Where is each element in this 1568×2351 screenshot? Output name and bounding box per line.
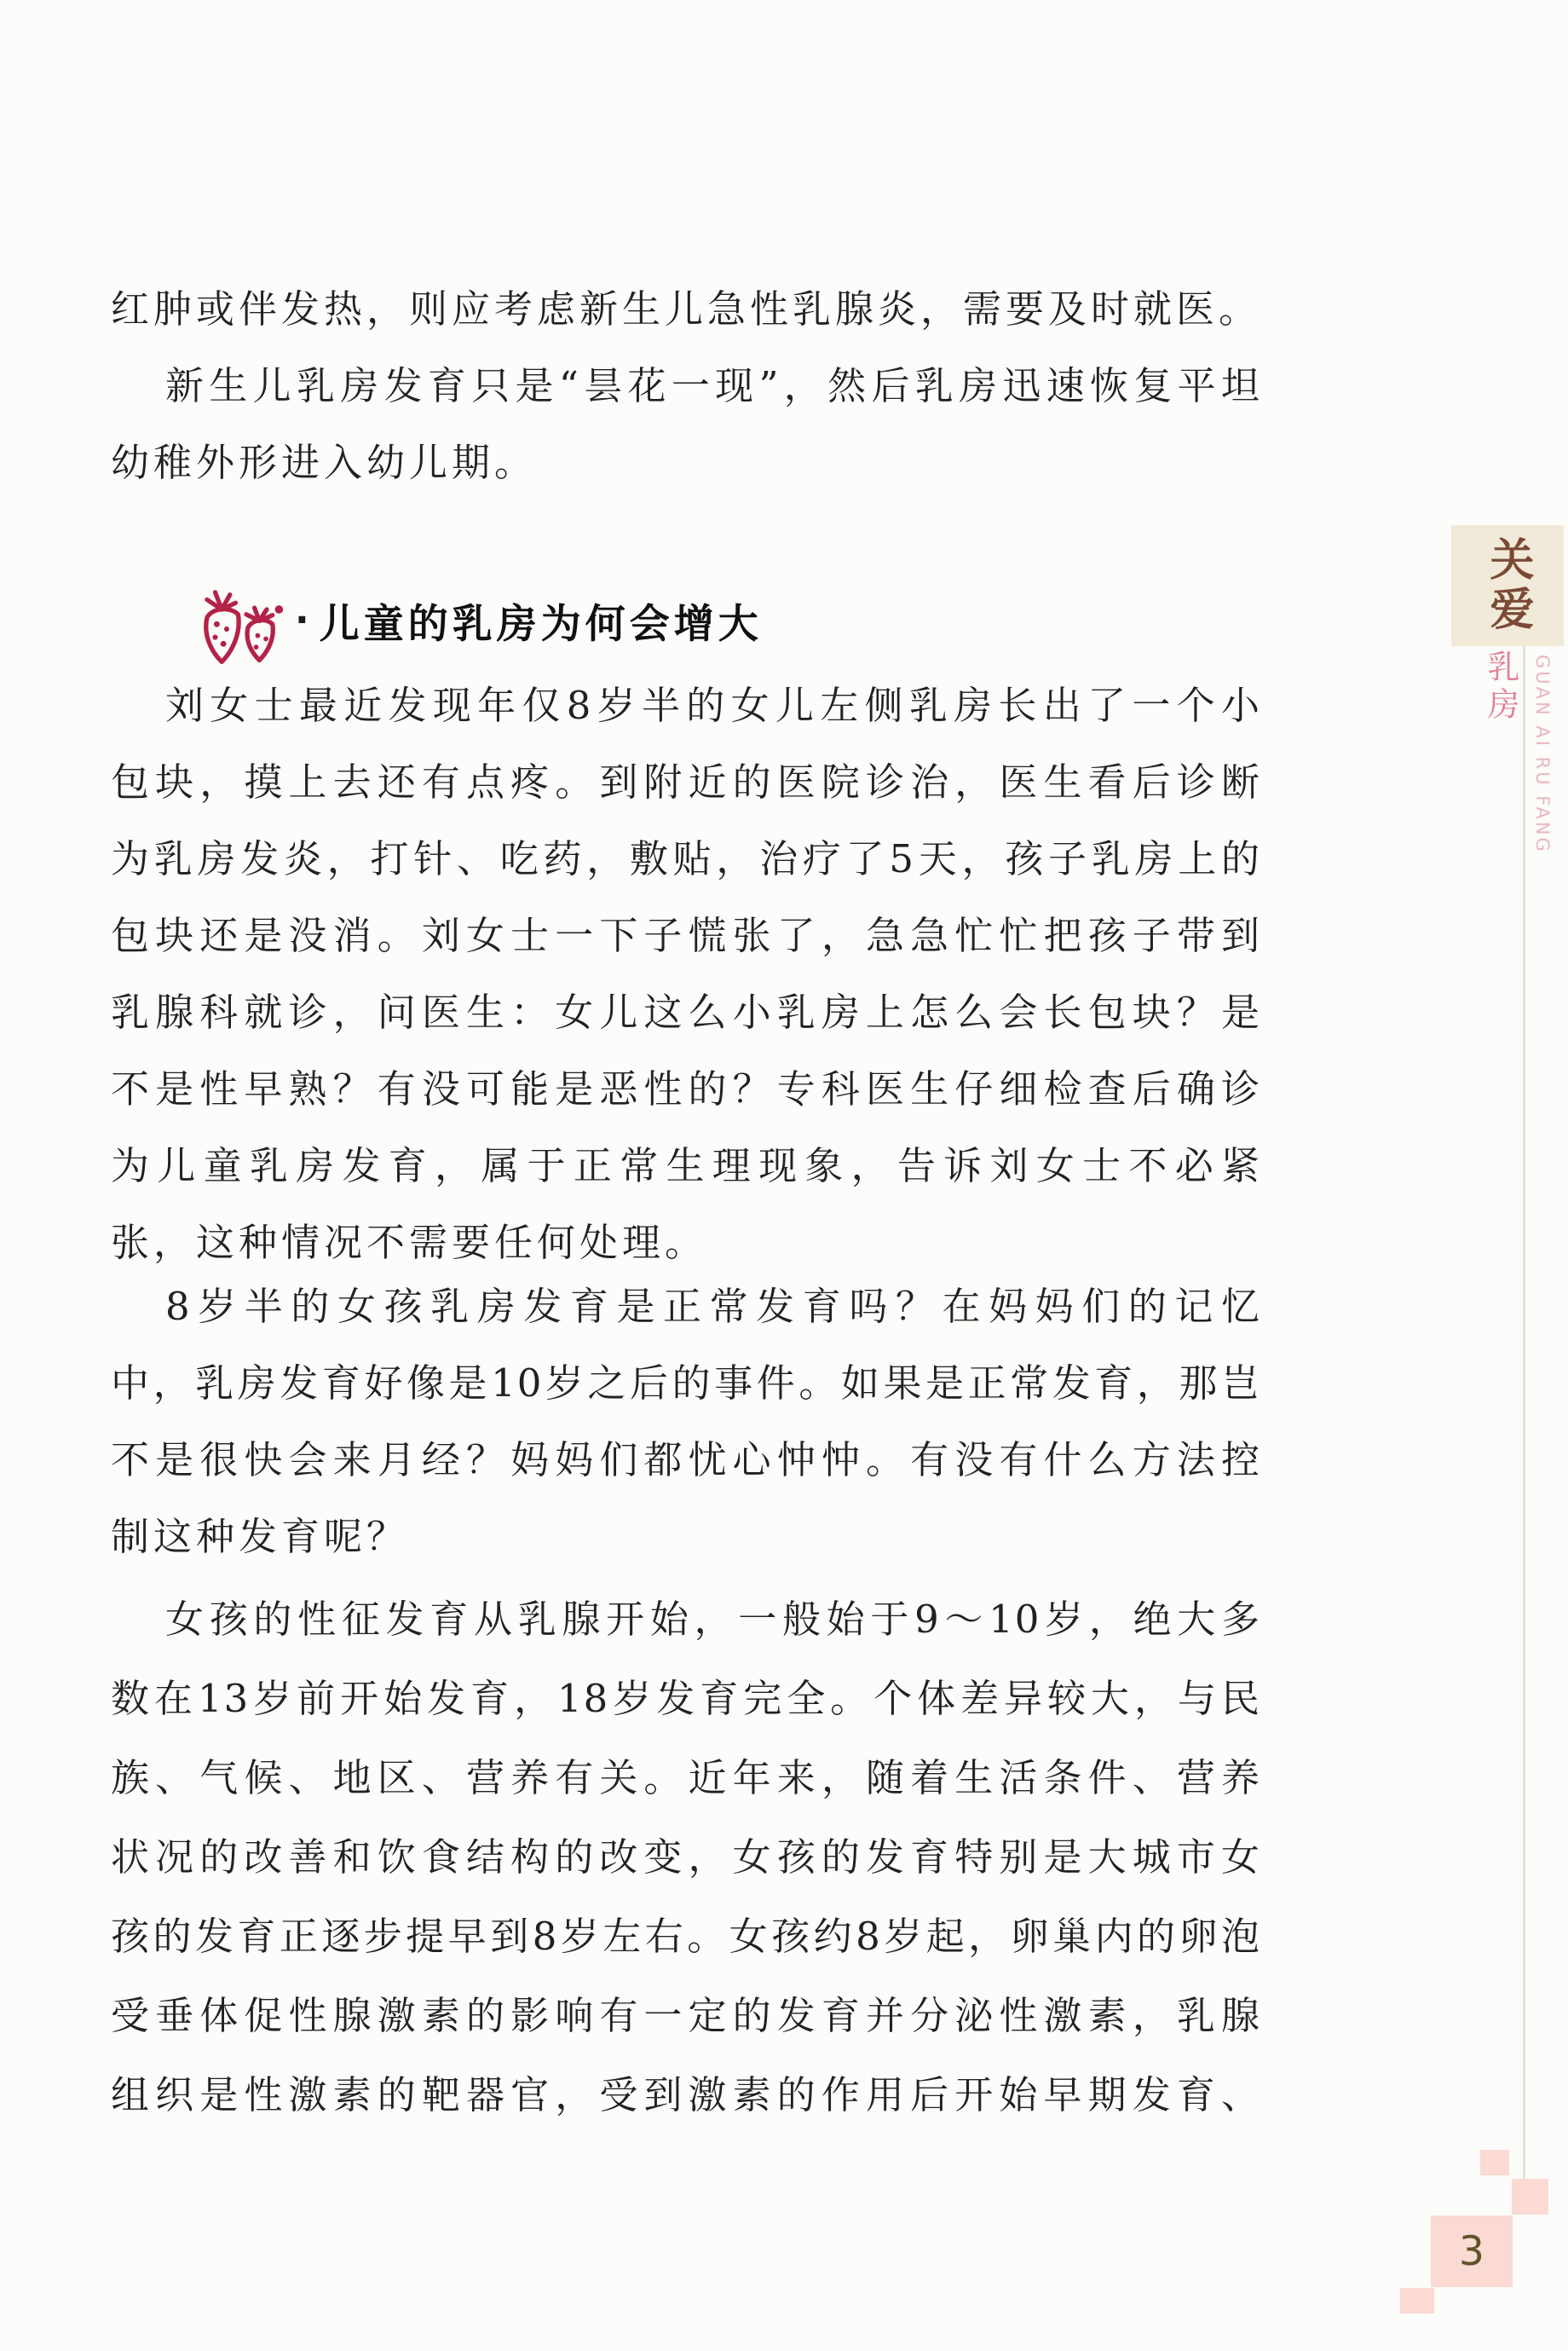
body-line: 制这种发育呢？: [111, 1499, 1261, 1575]
body-line: 状况的改善和饮食结构的改变，女孩的发育特别是大城市女: [111, 1819, 1261, 1896]
sidebar-category-label: 关爱: [1485, 536, 1530, 635]
book-page: 红肿或伴发热，则应考虑新生儿急性乳腺炎，需要及时就医。 新生儿乳房发育只是“昙花…: [0, 0, 1568, 2351]
heading-bullet-dot: ·: [295, 578, 309, 663]
sidebar-category-tab: 关爱: [1451, 525, 1564, 646]
sidebar-topic-label: 乳房: [1484, 650, 1517, 725]
section-heading-title: 儿童的乳房为何会增大: [320, 592, 763, 650]
body-line: 女孩的性征发育从乳腺开始，一般始于9～10岁，绝大多: [165, 1581, 1261, 1658]
body-line: 刘女士最近发现年仅8岁半的女儿左侧乳房长出了一个小: [165, 667, 1261, 744]
body-line: 孩的发育正逐步提早到8岁左右。女孩约8岁起，卵巢内的卵泡: [111, 1898, 1261, 1975]
body-line: 为儿童乳房发育，属于正常生理现象，告诉刘女士不必紧: [111, 1128, 1261, 1204]
body-line: 为乳房发炎，打针、吃药，敷贴，治疗了5天，孩子乳房上的: [111, 821, 1261, 898]
body-line: 数在13岁前开始发育，18岁发育完全。个体差异较大，与民: [111, 1661, 1261, 1737]
body-line: 不是性早熟？有没可能是恶性的？专科医生仔细检查后确诊: [111, 1051, 1261, 1128]
body-line: 不是很快会来月经？妈妈们都忧心忡忡。有没有什么方法控: [111, 1422, 1261, 1499]
body-line: 包块，摸上去还有点疼。到附近的医院诊治，医生看后诊断: [111, 744, 1261, 821]
section-heading: · 儿童的乳房为何会增大: [295, 578, 763, 663]
body-line: 受垂体促性腺激素的影响有一定的发育并分泌性激素，乳腺: [111, 1978, 1261, 2054]
sidebar-romanized-label: GUAN AI RU FANG: [1532, 655, 1553, 854]
decor-square-small-bottom: [1400, 2288, 1434, 2313]
sidebar-rule-line: [1523, 646, 1525, 2206]
body-line: 新生儿乳房发育只是“昙花一现”，然后乳房迅速恢复平坦: [165, 348, 1261, 425]
body-line: 组织是性激素的靶器官，受到激素的作用后开始早期发育、: [111, 2057, 1261, 2134]
body-line: 幼稚外形进入幼儿期。: [111, 425, 1261, 501]
body-line: 包块还是没消。刘女士一下子慌张了，急急忙忙把孩子带到: [111, 898, 1261, 974]
decor-square-small-top: [1480, 2150, 1509, 2175]
strawberries-icon: [196, 588, 297, 670]
body-line: 乳腺科就诊，问医生：女儿这么小乳房上怎么会长包块？是: [111, 974, 1261, 1051]
body-line: 中，乳房发育好像是10岁之后的事件。如果是正常发育，那岂: [111, 1345, 1261, 1422]
decor-square-medium: [1512, 2179, 1548, 2215]
body-line: 族、气候、地区、营养有关。近年来，随着生活条件、营养: [111, 1740, 1261, 1817]
body-line: 8岁半的女孩乳房发育是正常发育吗？在妈妈们的记忆: [165, 1268, 1261, 1345]
page-number: 3: [1459, 2228, 1484, 2275]
page-number-square: 3: [1431, 2215, 1513, 2287]
body-line: 红肿或伴发热，则应考虑新生儿急性乳腺炎，需要及时就医。: [111, 271, 1261, 348]
